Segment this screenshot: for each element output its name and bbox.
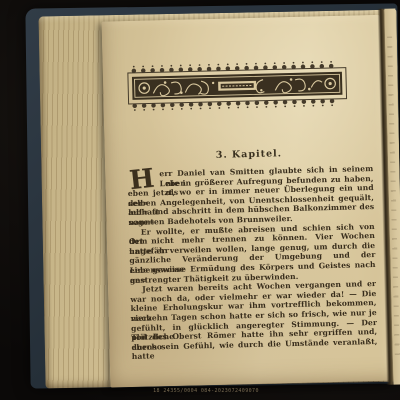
book-page: 3. Kapitel. H err Daniel van Smitten gla… bbox=[102, 15, 389, 388]
ornament-banner bbox=[125, 60, 350, 112]
scan-watermark: 18 24355/0004 084-2023072409070 bbox=[138, 388, 274, 394]
paragraph: Jetzt waren bereits acht Wochen vergange… bbox=[130, 279, 378, 352]
chapter-heading: 3. Kapitel. bbox=[125, 146, 373, 163]
book-scan-photo: 3. Kapitel. H err Daniel van Smitten gla… bbox=[0, 0, 400, 400]
text-block: H err Daniel van Smitten glaubte sich in… bbox=[127, 164, 377, 352]
paragraph: err Daniel van Smitten glaubte sich in s… bbox=[127, 164, 374, 228]
paragraph: Er wollte, er mußte abreisen und schien … bbox=[129, 222, 376, 286]
drop-cap-initial: H bbox=[128, 166, 159, 193]
open-book: 3. Kapitel. H err Daniel van Smitten gla… bbox=[99, 8, 400, 391]
